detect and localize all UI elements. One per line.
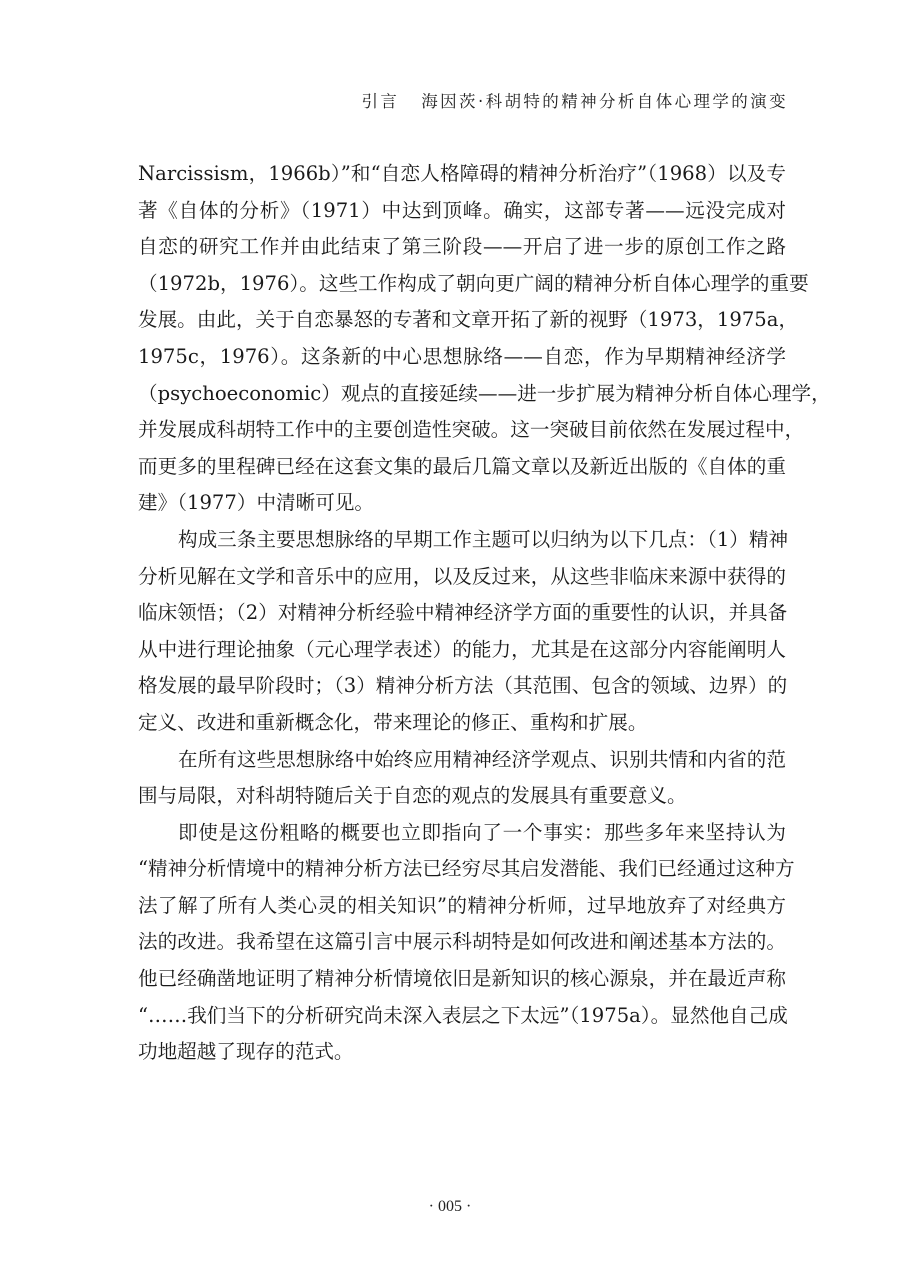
text-line: Narcissism，1966b）”和“自恋人格障碍的精神分析治疗”（1968）… [138, 156, 786, 193]
text-line: 在所有这些思想脉络中始终应用精神经济学观点、识别共情和内省的范 [138, 742, 786, 779]
text-line: 构成三条主要思想脉络的早期工作主题可以归纳为以下几点：（1）精神 [138, 522, 786, 559]
paragraph: 即使是这份粗略的概要也立即指向了一个事实：那些多年来坚持认为 “精神分析情境中的… [138, 815, 786, 1071]
text-line: 围与局限，对科胡特随后关于自恋的观点的发展具有重要意义。 [138, 778, 786, 815]
text-line: 著《自体的分析》（1971）中达到顶峰。确实，这部专著——远没完成对 [138, 193, 786, 230]
text-line: 格发展的最早阶段时；（3）精神分析方法（其范围、包含的领域、边界）的 [138, 668, 786, 705]
text-line: 功地超越了现存的范式。 [138, 1034, 786, 1071]
text-line: 法的改进。我希望在这篇引言中展示科胡特是如何改进和阐述基本方法的。 [138, 924, 786, 961]
paragraph: 构成三条主要思想脉络的早期工作主题可以归纳为以下几点：（1）精神 分析见解在文学… [138, 522, 786, 742]
text-line: “精神分析情境中的精神分析方法已经穷尽其启发潜能、我们已经通过这种方 [138, 851, 786, 888]
paragraph: Narcissism，1966b）”和“自恋人格障碍的精神分析治疗”（1968）… [138, 156, 786, 522]
text-line: 并发展成科胡特工作中的主要创造性突破。这一突破目前依然在发展过程中， [138, 412, 786, 449]
text-line: 法了解了所有人类心灵的相关知识”的精神分析师，过早地放弃了对经典方 [138, 888, 786, 925]
text-line: 从中进行理论抽象（元心理学表述）的能力，尤其是在这部分内容能阐明人 [138, 632, 786, 669]
text-line: （psychoeconomic）观点的直接延续——进一步扩展为精神分析自体心理学… [138, 376, 786, 413]
body-text: Narcissism，1966b）”和“自恋人格障碍的精神分析治疗”（1968）… [138, 156, 786, 1071]
text-line: 临床领悟；（2）对精神分析经验中精神经济学方面的重要性的认识，并具备 [138, 595, 786, 632]
text-line: 他已经确凿地证明了精神分析情境依旧是新知识的核心源泉，并在最近声称 [138, 961, 786, 998]
text-line: 1975c，1976）。这条新的中心思想脉络——自恋，作为早期精神经济学 [138, 339, 786, 376]
text-line: 分析见解在文学和音乐中的应用，以及反过来，从这些非临床来源中获得的 [138, 559, 786, 596]
text-line: 即使是这份粗略的概要也立即指向了一个事实：那些多年来坚持认为 [138, 815, 786, 852]
text-line: “……我们当下的分析研究尚未深入表层之下太远”（1975a）。显然他自己成 [138, 998, 786, 1035]
text-line: 而更多的里程碑已经在这套文集的最后几篇文章以及新近出版的《自体的重 [138, 449, 786, 486]
text-line: 发展。由此，关于自恋暴怒的专著和文章开拓了新的视野（1973，1975a， [138, 302, 786, 339]
text-line: 定义、改进和重新概念化，带来理论的修正、重构和扩展。 [138, 705, 786, 742]
text-line: 建》（1977）中清晰可见。 [138, 485, 786, 522]
running-head: 引言海因茨·科胡特的精神分析自体心理学的演变 [361, 88, 788, 112]
running-head-title: 海因茨·科胡特的精神分析自体心理学的演变 [421, 92, 788, 111]
text-line: 自恋的研究工作并由此结束了第三阶段——开启了进一步的原创工作之路 [138, 229, 786, 266]
running-head-section: 引言 [361, 92, 399, 111]
page-number: · 005 · [0, 1198, 900, 1216]
text-line: （1972b，1976）。这些工作构成了朝向更广阔的精神分析自体心理学的重要 [138, 266, 786, 303]
paragraph: 在所有这些思想脉络中始终应用精神经济学观点、识别共情和内省的范 围与局限，对科胡… [138, 742, 786, 815]
